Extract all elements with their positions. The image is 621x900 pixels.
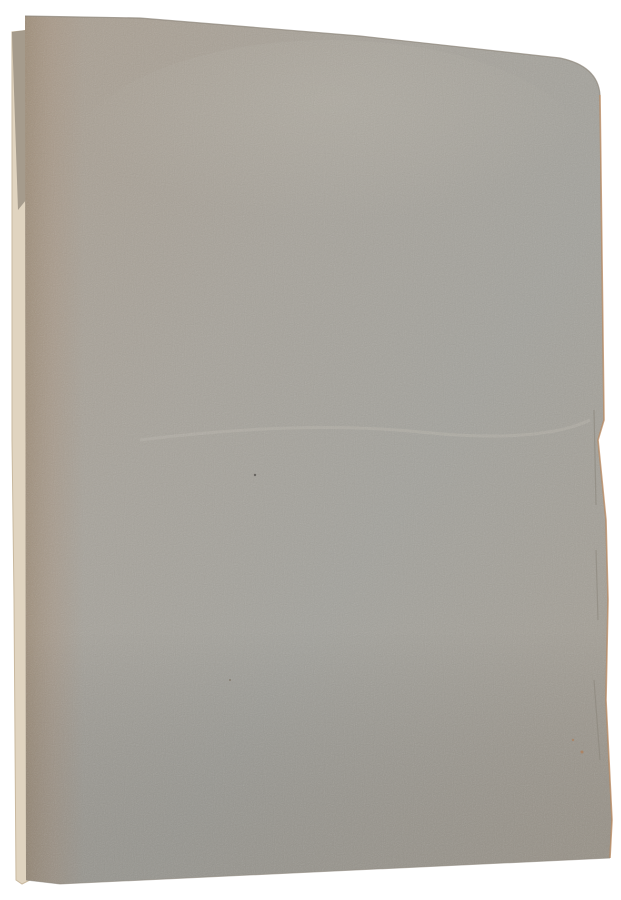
- book-cover: [0, 0, 621, 900]
- book-photo: [0, 0, 621, 900]
- photo-scene: [0, 0, 621, 900]
